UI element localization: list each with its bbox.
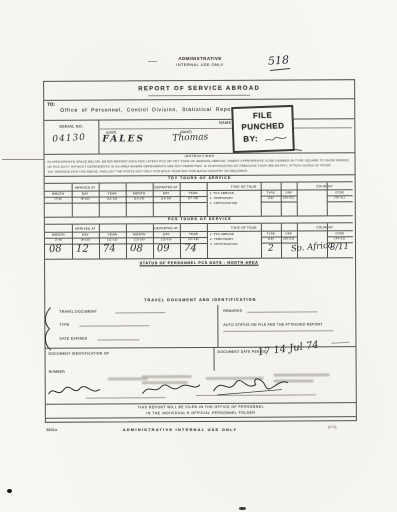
signature-main [212, 375, 292, 399]
admin-header-line1: ADMINISTRATIVE [150, 56, 250, 61]
scan-blemish-dot [7, 489, 12, 493]
col-day: DAY [153, 191, 180, 195]
to-label: TO: [47, 102, 55, 107]
faint-label-smudge [142, 375, 192, 378]
col-month: MONTH [126, 191, 153, 195]
section-tdy-title: TDY TOURS OF SERVICE [45, 175, 355, 181]
col-code: (13-14) [126, 197, 153, 200]
col-type-code: (19) [261, 238, 281, 241]
status-line: STATUS OF PERSONNEL PCS DAYS - NORTH ARE… [75, 260, 323, 265]
col-code: (17-18) [180, 197, 207, 200]
col-country-code: CODE [327, 191, 353, 194]
pcs-table: ARRIVED AT DEPARTED AT TYPE OF TOUR COUN… [45, 222, 353, 260]
instructions-line3: TDY PERIODS FOR THE ABOVE, AND LIST THE … [48, 168, 350, 174]
footer-edition: (4-1) [328, 424, 336, 429]
col-code: (7-8) [45, 198, 72, 201]
last-name-value: FALES [102, 134, 145, 144]
col-arrived: ARRIVED AT [45, 226, 126, 230]
tour-option-3: 3. CONTINUATION [210, 243, 258, 246]
auto-status-label: AUTO STATUS ON FILE AND THE ATTACHED REP… [223, 322, 349, 327]
col-day: DAY [72, 233, 99, 237]
entry-departed-year: 74 [184, 243, 197, 255]
col-code: (7-8) [45, 239, 72, 242]
entry-country-code: 8/11 [330, 242, 350, 253]
col-grp: GRP [281, 232, 297, 235]
first-name-value: Thomas [172, 132, 208, 143]
form-title: REPORT OF SERVICE ABROAD [44, 85, 354, 93]
stamp-line2: PUNCHED [234, 121, 292, 132]
entry-departed-month: 08 [130, 243, 143, 255]
tour-option-2: 2. TEMPORARY [210, 197, 258, 200]
document-identification-label: DOCUMENT IDENTIFICATION OF [49, 351, 110, 355]
col-year: YEAR [99, 232, 126, 236]
col-type: TYPE [261, 232, 281, 235]
col-day: DAY [72, 192, 99, 196]
tour-option-3: 3. CONTINUATION [210, 202, 258, 205]
col-departed: DEPARTED AT [126, 184, 207, 188]
scanned-page: ADMINISTRATIVE INTERNAL USE ONLY 518 FIL… [0, 0, 397, 512]
entry-arrived-year: 74 [103, 243, 116, 255]
col-type-of-tour: TYPE OF TOUR [207, 184, 281, 188]
col-grp-code: (20-21) [281, 237, 297, 240]
form-outline: REPORT OF SERVICE ABROAD TO: Office of P… [43, 79, 357, 423]
col-year: YEAR [99, 191, 126, 195]
date-expires-label: DATE EXPIRES [59, 337, 87, 341]
document-date-value: 17 14 Jul 74 [257, 340, 319, 359]
col-country: COUNTRY [297, 225, 353, 229]
col-month: MONTH [126, 232, 153, 236]
col-year: YEAR [180, 232, 207, 236]
scan-artifact-line [2, 159, 44, 160]
entry-departed-day: 09 [157, 243, 170, 255]
section-pcs-title: PCS TOURS OF SERVICE [45, 216, 355, 222]
tour-option-1: 1. PCS ABROAD [210, 233, 258, 236]
signature-scribble-center [142, 381, 202, 397]
col-country-code: CODE [327, 232, 353, 235]
col-type: TYPE [261, 191, 281, 194]
filing-note-line1: THIS REPORT WILL BE FILED IN THE OFFICE … [46, 404, 356, 410]
stamp-initials-scribble [264, 135, 288, 145]
file-punched-stamp: FILE PUNCHED BY: [231, 105, 295, 153]
stamp-line1: FILE [233, 110, 291, 121]
travel-type-label: TYPE [59, 323, 69, 327]
entry-type: 2 [268, 244, 274, 254]
scan-blemish-mark [239, 507, 246, 510]
form-number: 3831a [46, 427, 57, 432]
footer-admin-internal-use: ADMINISTRATIVE INTERNAL USE ONLY [110, 427, 250, 432]
col-departed: DEPARTED AT [126, 225, 207, 229]
col-year: YEAR [180, 191, 207, 195]
margin-check-scribble [40, 306, 54, 352]
entry-arrived-month: 08 [49, 243, 63, 255]
travel-document-label: TRAVEL DOCUMENT [59, 310, 97, 314]
col-month: MONTH [45, 192, 72, 196]
tour-option-1: 1. PCS ABROAD [210, 192, 258, 195]
admin-header-line2: INTERNAL USE ONLY [150, 62, 250, 67]
signature-scribble-left [48, 384, 104, 400]
to-value: Office of Personnel, Control Division, S… [60, 107, 239, 114]
col-code: (11-12) [99, 238, 126, 241]
col-code: (11-12) [99, 197, 126, 200]
serial-no-label: SERIAL NO. [44, 125, 98, 129]
remarks-label: REMARKS [223, 309, 242, 313]
col-code: (9-10) [72, 239, 99, 242]
col-code: (9-10) [72, 198, 99, 201]
col-code: (17-18) [180, 238, 207, 241]
entry-arrived-day: 12 [76, 243, 89, 255]
col-day: DAY [153, 232, 180, 236]
name-label: NAME [98, 120, 352, 125]
handwritten-page-number: 518 [268, 53, 290, 67]
col-country: COUNTRY [297, 184, 353, 188]
col-code: (13-14) [126, 238, 153, 241]
col-month: MONTH [45, 233, 72, 237]
col-grp: GRP [281, 191, 297, 194]
col-code: (15-16) [153, 238, 180, 241]
col-grp-code: (20-21) [281, 196, 297, 199]
col-type-code: (19) [261, 197, 281, 200]
col-type-of-tour: TYPE OF TOUR [207, 225, 281, 229]
travel-section-title: TRAVEL DOCUMENT AND IDENTIFICATION [45, 297, 355, 303]
col-arrived: ARRIVED AT [45, 185, 126, 189]
tour-option-2: 2. TEMPORARY [210, 238, 258, 241]
serial-no-value: 04130 [52, 133, 86, 145]
col-code: (15-16) [153, 197, 180, 200]
col-country-code-num: (30-31) [327, 196, 353, 199]
tdy-table: ARRIVED AT DEPARTED AT TYPE OF TOUR COUN… [45, 181, 353, 218]
filing-note-line2: IN THE INDIVIDUAL'S OFFICIAL PERSONNEL F… [46, 410, 356, 416]
number-label: NUMBER [49, 370, 66, 374]
